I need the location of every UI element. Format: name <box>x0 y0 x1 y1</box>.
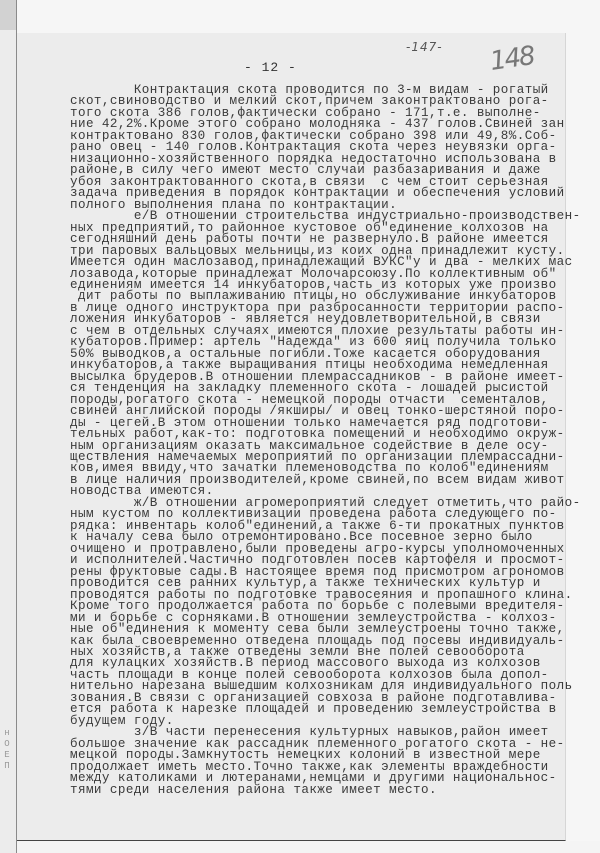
typewritten-body: Контрактация скота проводится по 3-м вид… <box>70 85 570 796</box>
handwritten-folio-number: 148 <box>488 41 535 77</box>
adjacent-page-edge: нОЕП <box>0 0 17 853</box>
scan-background-bottom <box>17 841 600 853</box>
adjacent-page-margin-text: нОЕП <box>2 728 12 772</box>
archive-page-number: -147- <box>406 40 443 54</box>
text-line: тями среди населения района также имеет … <box>70 785 570 796</box>
scan-background-top <box>17 0 600 34</box>
scan-background-right <box>566 33 600 853</box>
page-edge-shadow <box>0 0 16 30</box>
page-number: - 12 - <box>244 60 297 75</box>
